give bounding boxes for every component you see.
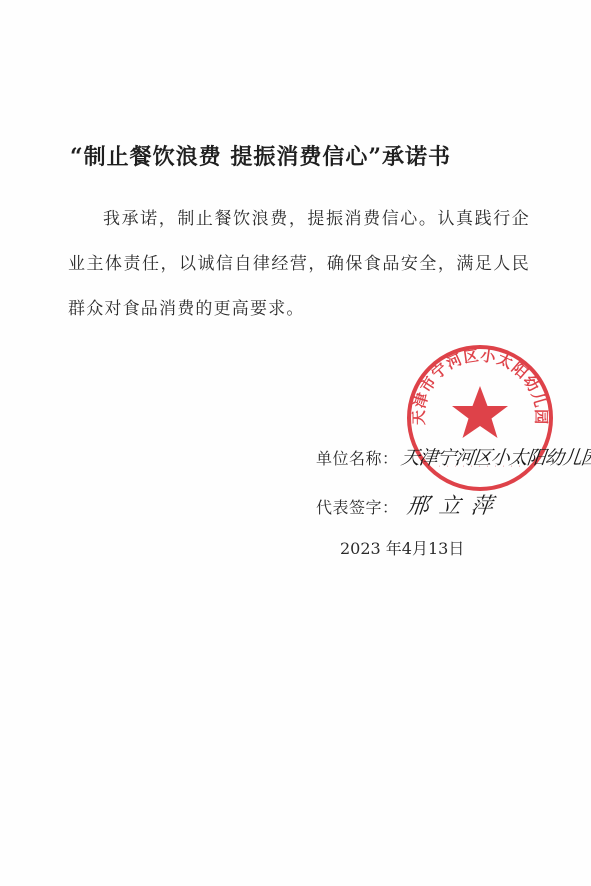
document-title: “制止餐饮浪费 提振消费信心”承诺书 bbox=[70, 140, 540, 171]
official-seal-icon: 天津市宁河区小太阳幼儿园 · · · · · · · · · · · bbox=[404, 342, 556, 494]
svg-text:天津市宁河区小太阳幼儿园: 天津市宁河区小太阳幼儿园 bbox=[410, 346, 550, 425]
commitment-body: 我承诺，制止餐饮浪费，提振消费信心。认真践行企业主体责任，以诚信自律经营，确保食… bbox=[68, 197, 530, 332]
unit-name-handwritten: 天津宁河区小太阳幼儿园 bbox=[399, 443, 591, 470]
star-icon bbox=[452, 386, 508, 438]
representative-label: 代表签字： bbox=[316, 498, 399, 517]
unit-name-row: 单位名称：天津宁河区小太阳幼儿园 bbox=[316, 443, 591, 470]
signing-date: 2023 年4月13日 bbox=[340, 536, 464, 559]
representative-signature-row: 代表签字：邢立萍 bbox=[316, 489, 503, 520]
unit-name-label: 单位名称： bbox=[316, 449, 399, 468]
document-page: “制止餐饮浪费 提振消费信心”承诺书 我承诺，制止餐饮浪费，提振消费信心。认真践… bbox=[0, 0, 591, 886]
representative-signature: 邢立萍 bbox=[405, 489, 504, 520]
